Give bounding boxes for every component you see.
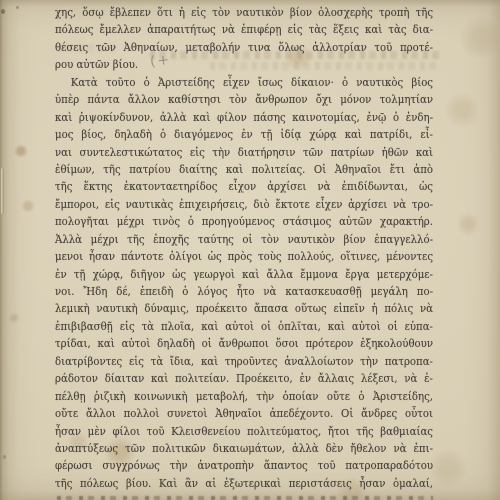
text-line: τῆς πόλεως βίου. Καὶ ἂν αἱ ἐξωτερικαὶ πε… [55, 475, 433, 492]
text-line: Κατὰ τοῦτο ὁ Ἀριστείδης εἶχεν ἴσως δίκαι… [55, 74, 433, 91]
text-line: πολογῆται μέχρι τινὸς ὁ προηγούμενος στά… [55, 213, 433, 230]
text-line: μενοι ἦσαν πάντοτε ὀλίγοι ὡς πρὸς τοὺς π… [55, 248, 433, 265]
text-line: λεμικὴ ναυτικὴ δύναμις, προέκειτο ἅπασα … [55, 300, 433, 317]
text-line: χης, ὅσῳ ἔβλεπεν ὅτι ἡ εἰς τὸν ναυτικὸν … [55, 4, 433, 21]
text-line: νοι. Ἤδη δέ, ἐπειδὴ ὁ λόγος ἦτο νὰ κατασ… [55, 283, 433, 300]
text-line: μος βίος, δηλαδὴ ὁ διαγόμενος ἐν τῇ ἰδίᾳ… [55, 126, 433, 143]
scanned-book-page: (+ χης, ὅσῳ ἔβλεπεν ὅτι ἡ εἰς τὸν ναυτικ… [0, 0, 500, 500]
text-line: θέσεις τῶν Ἀθηναίων, μεταβολήν τινα ὅλως… [55, 39, 433, 56]
text-line: ὑπὲρ πάντα ἄλλον καθίστησι τὸν ἄνθρωπον … [55, 91, 433, 108]
text-column: χης, ὅσῳ ἔβλεπεν ὅτι ἡ εἰς τὸν ναυτικὸν … [55, 4, 433, 492]
text-line: ἐπιβιβασθῇ εἰς τὰ πλοῖα, καὶ αὐτοὶ οἱ ὁπ… [55, 318, 433, 335]
text-line: πέλθῃ ῥιζικὴ κοινωνικὴ μεταβολή, τὴν ὁπο… [55, 388, 433, 405]
text-line: οὔτε ἄλλοι πολλοὶ συνετοὶ Ἀθηναῖοι ἀπεδέ… [55, 405, 433, 422]
text-line: Ἀλλὰ μέχρι τῆς ἐποχῆς ταύτης οἱ τὸν ναυτ… [55, 231, 433, 248]
text-line: ἔμποροι, εἰς ναυτικὰς ἐπιχειρήσεις, διὸ … [55, 196, 433, 213]
text-line: ἐθίμων, τῆς πατρίου διαίτης καὶ πολιτεία… [55, 161, 433, 178]
text-line: ἀναπτύξεως τῶν πολιτικῶν δικαιωμάτων, ἀλ… [55, 440, 433, 457]
page-text-block: χης, ὅσῳ ἔβλεπεν ὅτι ἡ εἰς τὸν ναυτικὸν … [55, 4, 433, 492]
text-line: ἐν τῇ χώρᾳ, διῆγον ὡς γεωργοὶ καὶ ἄλλα ἔ… [55, 266, 433, 283]
text-line: τῆς ἕκτης ἑκατονταετηρίδος εἶχον ἀρχίσει… [55, 178, 433, 195]
text-line: τρίδαι, καὶ αὐτοὶ δηλαδὴ οἱ ἄνθρωποι ὅσο… [55, 335, 433, 352]
text-line: διατρίβοντες εἰς τὰ ἴδια, καὶ τηροῦντες … [55, 353, 433, 370]
ink-speck [16, 6, 19, 9]
text-line: ρου αὐτῶν βίου. [55, 56, 433, 73]
clipped-next-text-line [57, 496, 433, 500]
ink-speck [1, 9, 5, 14]
text-line: ράδοτον δίαιταν καὶ πολιτείαν. Προέκειτο… [55, 370, 433, 387]
ink-speck [3, 455, 6, 459]
text-line: φέρωσι συγχρόνως τὴν ἀνατροπὴν ἅπαντος τ… [55, 457, 433, 474]
text-line: πόλεως ἔμελλεν ἀπαραιτήτως νὰ ἐπιφέρῃ εἰ… [55, 21, 433, 38]
text-line: ναι συντελεστικώτατος εἰς τὴν διατήρησιν… [55, 144, 433, 161]
text-line: καὶ ῥιψοκίνδυνον, ἀλλὰ καὶ φίλον πάσης κ… [55, 109, 433, 126]
text-line: ἦσαν μὲν φίλοι τοῦ Κλεισθενείου πολιτεύμ… [55, 423, 433, 440]
underlying-page-edge [1, 168, 4, 214]
